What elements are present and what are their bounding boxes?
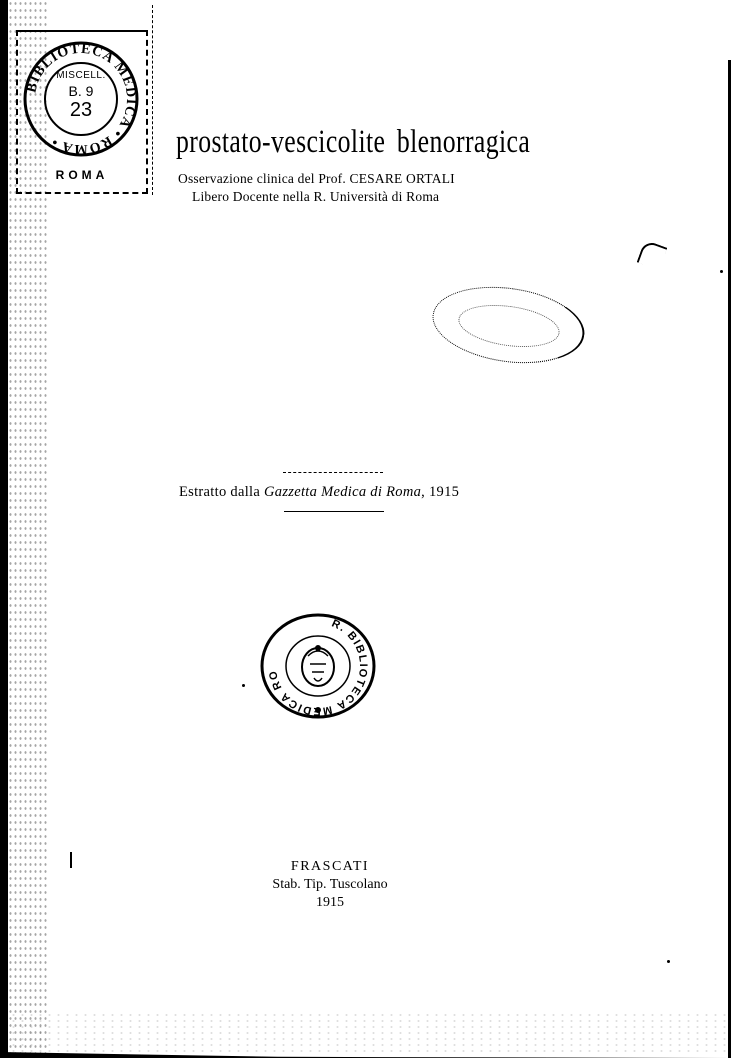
document-title: prostato-vescicolite blenorragica bbox=[176, 124, 530, 161]
scan-bottom-border bbox=[0, 1052, 731, 1058]
imprint: FRASCATI Stab. Tip. Tuscolano 1915 bbox=[240, 858, 420, 912]
speck bbox=[242, 684, 245, 687]
label-shelf: B. 9 bbox=[48, 83, 114, 99]
journal-name: Gazzetta Medica di Roma bbox=[264, 484, 421, 500]
library-seal-icon: R. BIBLIOTECA MEDICA ROMA bbox=[258, 612, 378, 720]
imprint-year: 1915 bbox=[240, 894, 420, 912]
label-city: ROMA bbox=[16, 168, 148, 182]
author-affiliation: Libero Docente nella R. Università di Ro… bbox=[192, 189, 439, 205]
label-frame-edge bbox=[152, 5, 155, 195]
speck bbox=[720, 270, 723, 273]
extract-note: Estratto dalla Gazzetta Medica di Roma, … bbox=[179, 484, 459, 501]
extract-year: , 1915 bbox=[421, 484, 459, 500]
author-line: Osservazione clinica del Prof. CESARE OR… bbox=[178, 171, 455, 187]
scan-noise-bottom bbox=[0, 1012, 731, 1052]
pen-mark bbox=[637, 240, 668, 271]
label-collection: MISCELL. bbox=[48, 70, 114, 81]
speck bbox=[667, 960, 670, 963]
imprint-city: FRASCATI bbox=[240, 858, 420, 876]
divider-top bbox=[283, 472, 383, 473]
divider-bottom bbox=[284, 511, 384, 512]
speck bbox=[70, 852, 72, 868]
scan-left-border bbox=[0, 0, 8, 1058]
label-number: 23 bbox=[48, 99, 114, 122]
extract-prefix: Estratto dalla bbox=[179, 484, 264, 500]
imprint-printer: Stab. Tip. Tuscolano bbox=[240, 876, 420, 894]
